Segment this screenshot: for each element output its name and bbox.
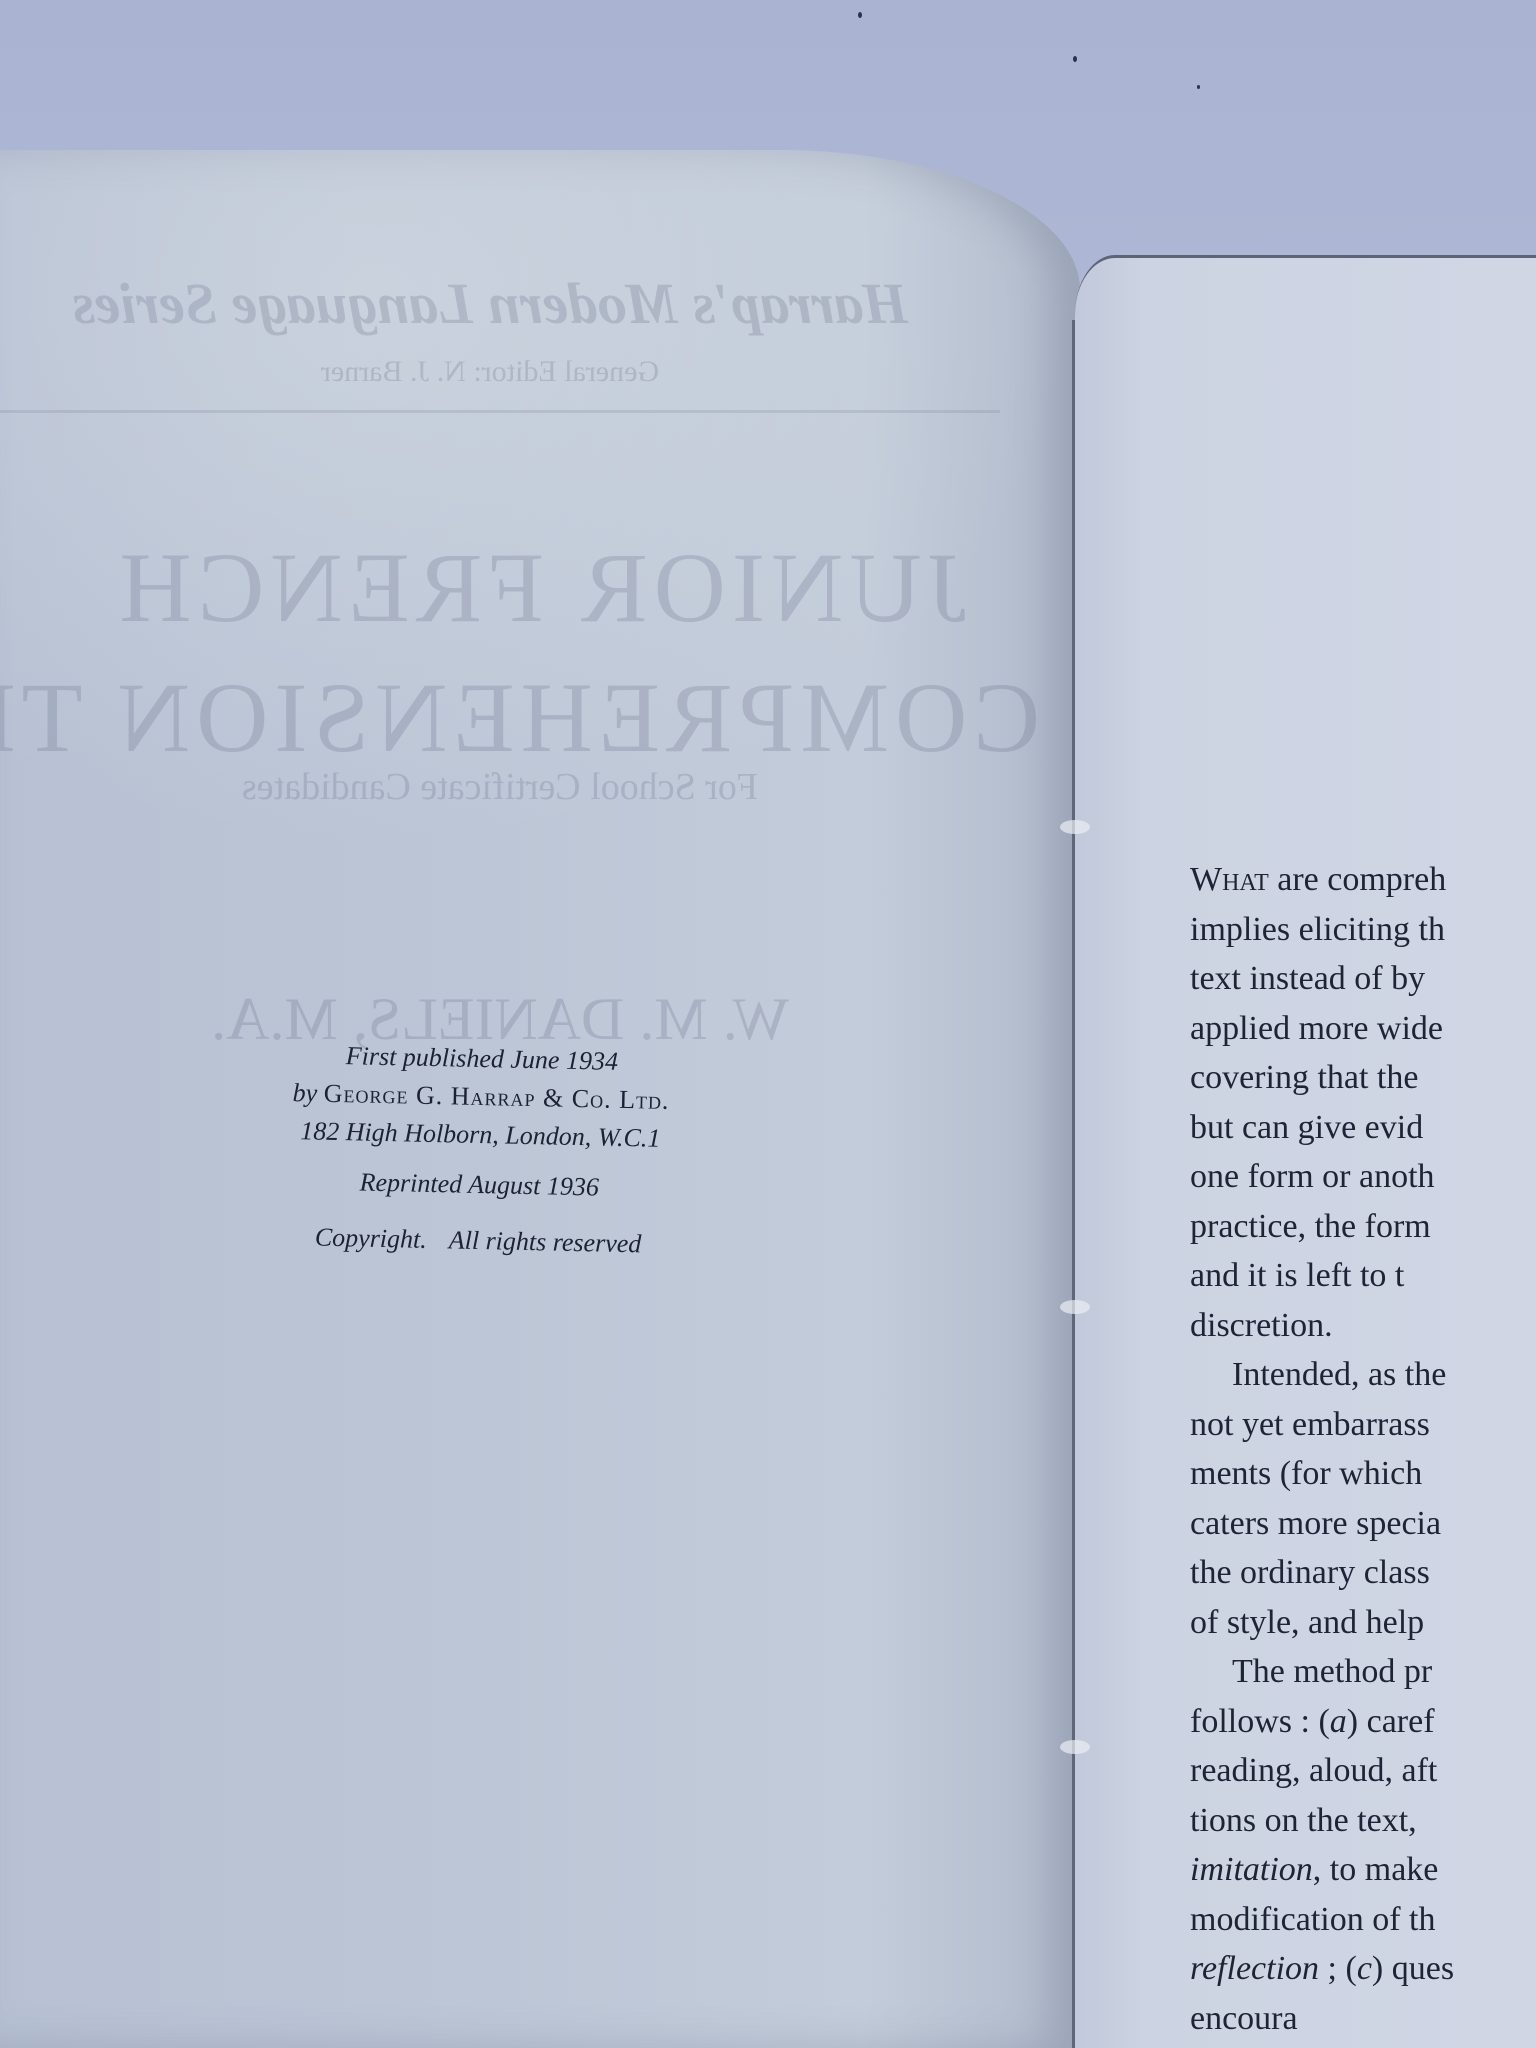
text-line: Intended, as the — [1190, 1350, 1536, 1400]
text-line: follows : (a) caref — [1190, 1697, 1536, 1747]
text-line: the ordinary class — [1190, 1548, 1536, 1598]
text-line: encoura — [1190, 1994, 1536, 2044]
text-line: reading, aloud, aft — [1190, 1746, 1536, 1796]
text-line: imitation, to make — [1190, 1845, 1536, 1895]
copyright-label: Copyright. — [315, 1223, 428, 1254]
text-line: The method pr — [1190, 1647, 1536, 1697]
show-through-editor: General Editor: N. J. Barner — [180, 355, 800, 389]
book-gutter — [1072, 320, 1075, 2048]
text-line: caters more specia — [1190, 1499, 1536, 1549]
text-line: reflection ; (c) ques — [1190, 1944, 1536, 1994]
imprint-block: First published June 1934 by George G. H… — [198, 1034, 762, 1266]
text-line: but can give evid — [1190, 1103, 1536, 1153]
text-line: tions on the text, — [1190, 1796, 1536, 1846]
binding-crease — [1060, 1300, 1090, 1314]
text-line: What are compreh — [1190, 855, 1536, 905]
text-line: ments (for which — [1190, 1449, 1536, 1499]
text-line: and it is left to t — [1190, 1251, 1536, 1301]
show-through-title-line2: COMPREHENSION TESTS — [0, 660, 1040, 775]
text-line: covering that the — [1190, 1053, 1536, 1103]
binding-crease — [1060, 1740, 1090, 1754]
show-through-title-line1: JUNIOR FRENCH — [60, 530, 1020, 645]
publisher-name: George G. Harrap & Co. Ltd. — [323, 1079, 669, 1115]
preface-text: What are compreh implies eliciting th te… — [1190, 855, 1536, 2043]
binding-crease — [1060, 820, 1090, 834]
background-speck — [858, 12, 862, 18]
text-line: implies eliciting th — [1190, 905, 1536, 955]
background-speck — [1197, 85, 1200, 89]
text-line: modification of th — [1190, 1895, 1536, 1945]
show-through-subtitle: For School Certificate Candidates — [0, 765, 1000, 809]
text-line: text instead of by — [1190, 954, 1536, 1004]
rights-reserved: All rights reserved — [448, 1225, 641, 1258]
background-speck — [1073, 56, 1077, 62]
show-through-rule — [0, 410, 1000, 413]
text-line: not yet embarrass — [1190, 1400, 1536, 1450]
reprint-date: Reprinted August 1936 — [199, 1160, 760, 1210]
text-line: practice, the form — [1190, 1202, 1536, 1252]
text-line: discretion. — [1190, 1301, 1536, 1351]
text-line: of style, and help — [1190, 1598, 1536, 1648]
text-line: applied more wide — [1190, 1004, 1536, 1054]
by-label: by — [292, 1078, 317, 1108]
show-through-series-title: Harrap's Modern Language Series — [0, 270, 980, 337]
text-line: one form or anoth — [1190, 1152, 1536, 1202]
